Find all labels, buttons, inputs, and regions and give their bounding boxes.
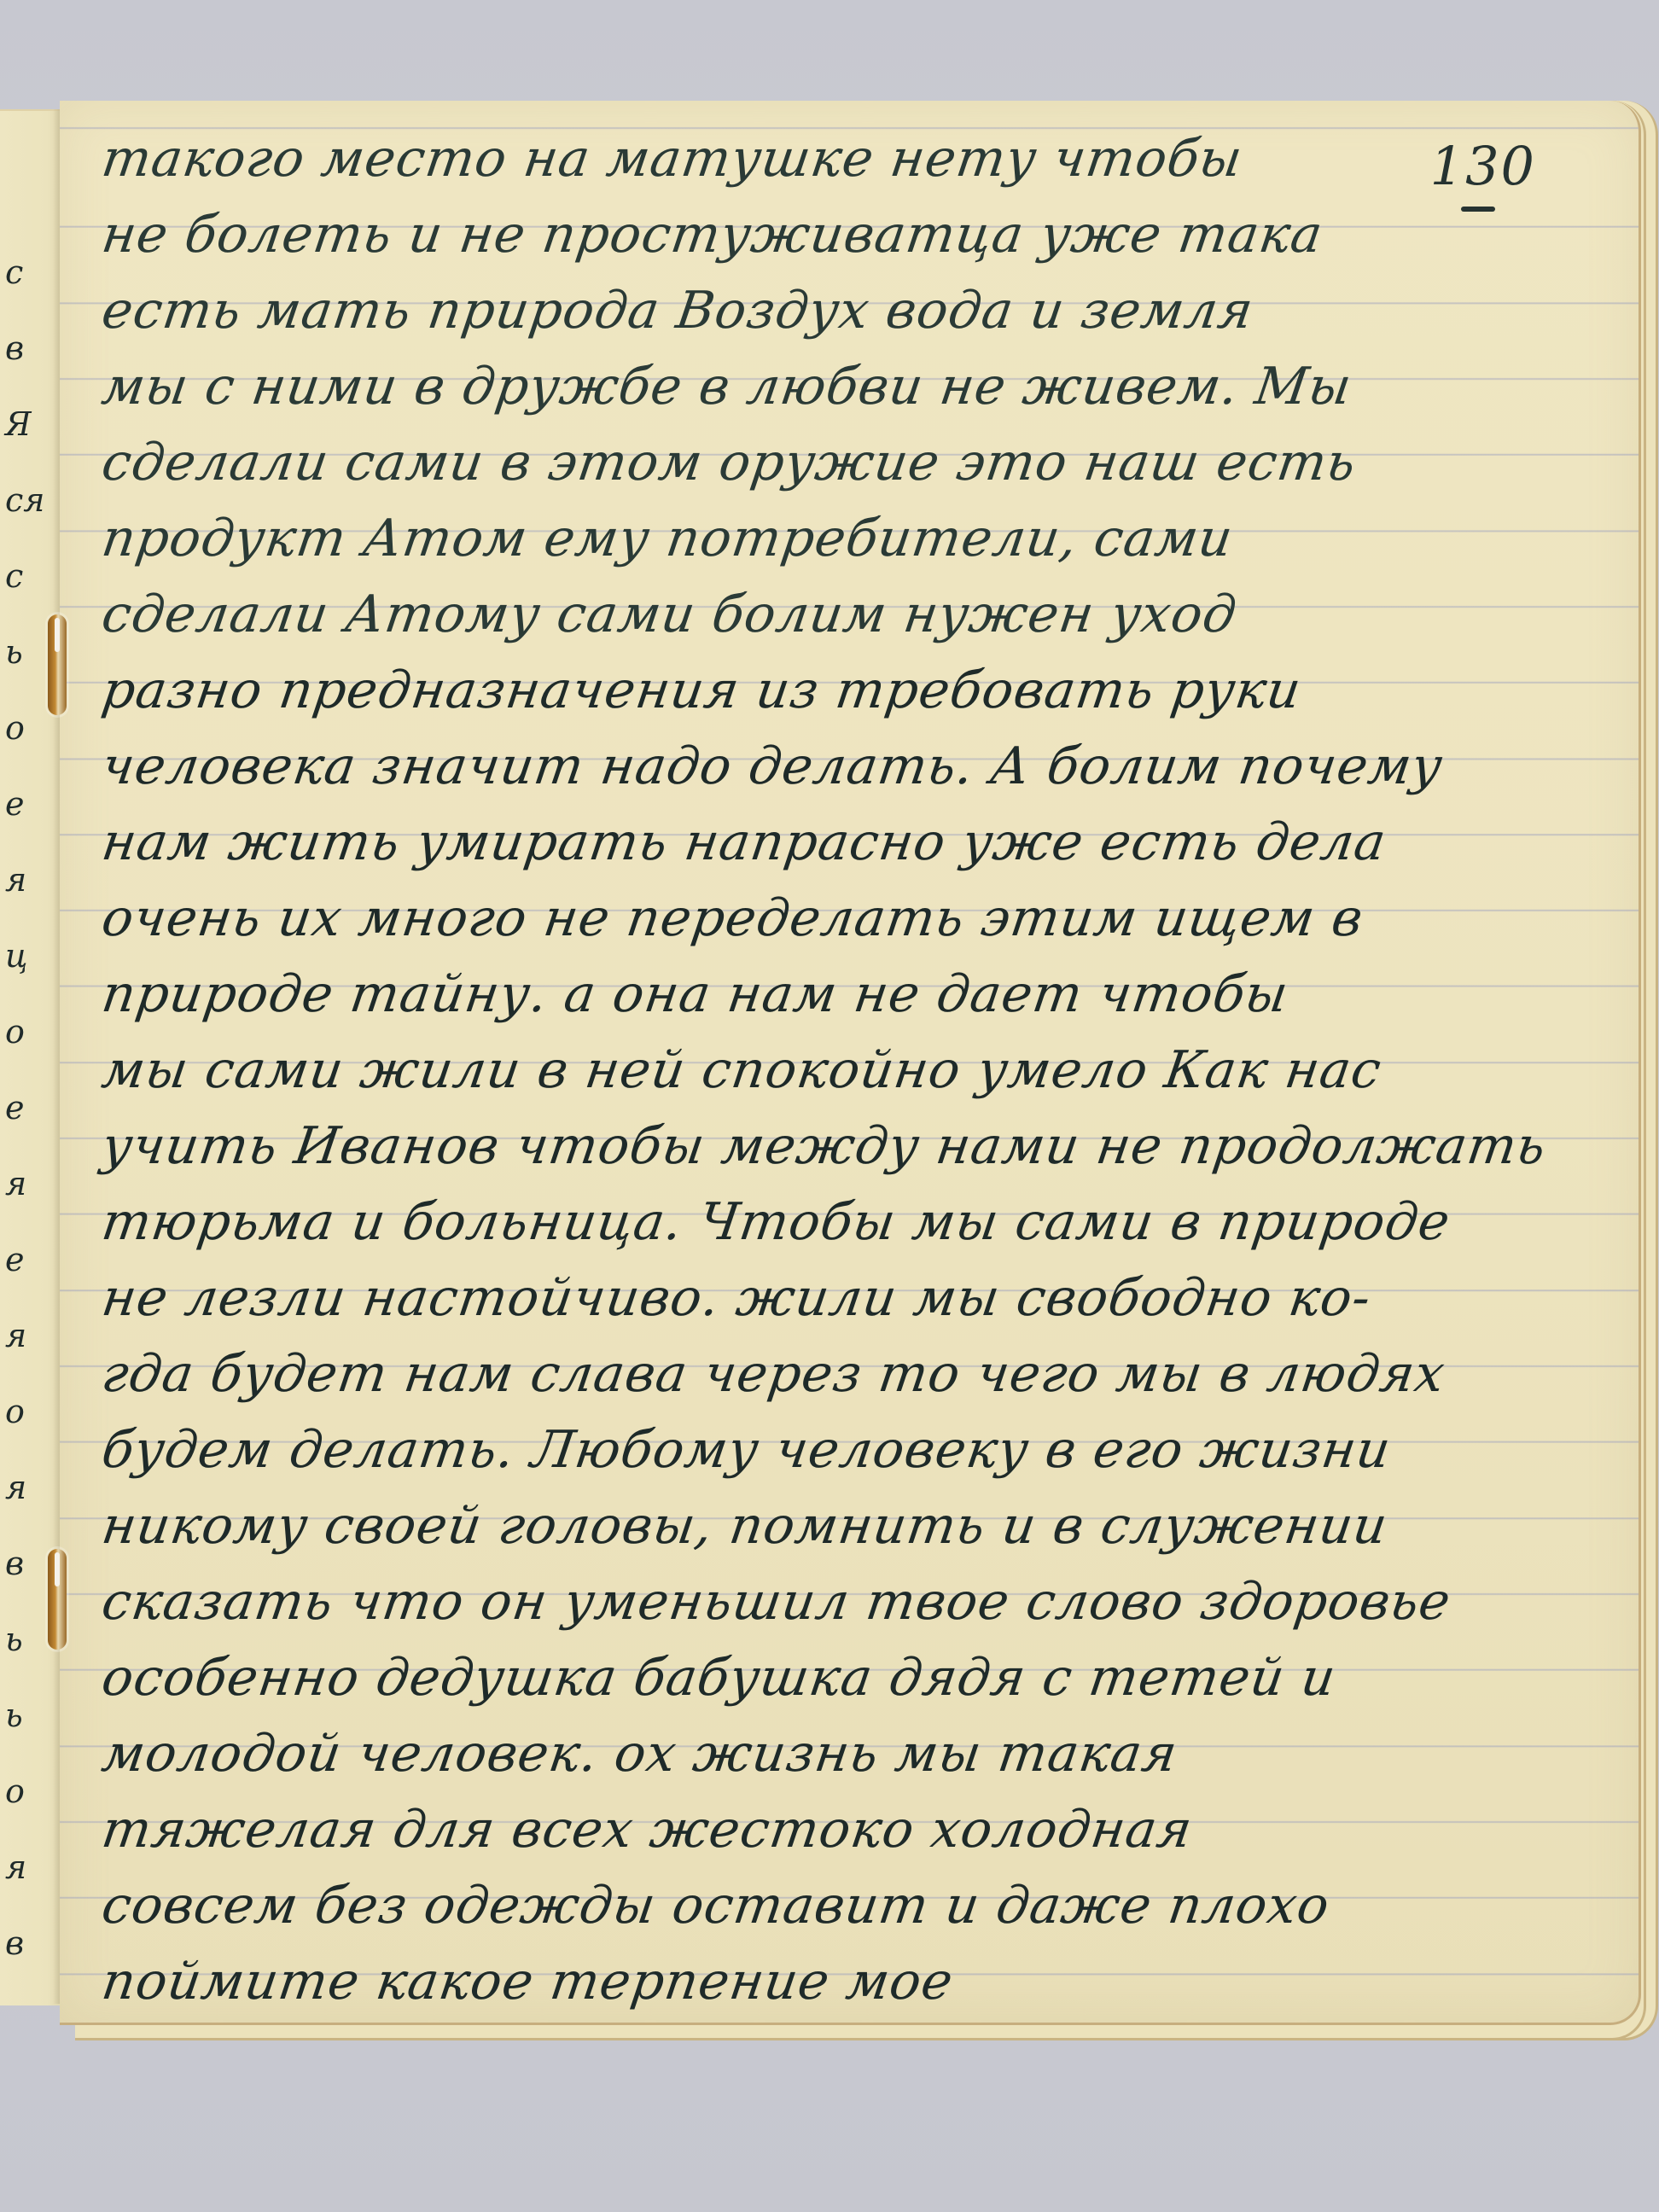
facing-page-glyph: я [5, 1167, 26, 1200]
text-line: гда будет нам слава через то чего мы в л… [97, 1336, 1508, 1412]
text-line: разно предназначения из требовать руки [97, 653, 1508, 729]
text-line: такого место на матушке нету чтобы [97, 121, 1508, 197]
text-line: учить Иванов чтобы между нами не продолж… [97, 1109, 1508, 1185]
facing-page-glyph: в [5, 1547, 24, 1580]
facing-page-glyph: ц [5, 940, 28, 972]
text-line: никому своей головы, помнить и в служени… [97, 1488, 1508, 1564]
facing-page-glyph: ь [5, 636, 23, 668]
facing-page-glyph: в [5, 332, 24, 364]
facing-page-edge: свЯсясьоеяцоеяеяоявььояв [0, 109, 60, 2005]
text-line: тюрьма и больница. Чтобы мы сами в приро… [97, 1185, 1508, 1260]
notebook-page: 130 такого место на матушке нету чтобы н… [60, 101, 1641, 2025]
text-line: совсем без одежды оставит и даже плохо [97, 1868, 1508, 1944]
facing-page-glyph: о [5, 1395, 25, 1428]
staple-icon [48, 614, 67, 715]
text-line: не болеть и не простуживатца уже така [97, 197, 1508, 273]
facing-page-glyph: е [5, 1091, 25, 1124]
staple-icon [48, 1549, 67, 1650]
facing-page-glyph: с [5, 560, 23, 592]
facing-page-glyph: о [5, 1016, 25, 1048]
text-line: нам жить умирать напрасно уже есть дела [97, 805, 1508, 881]
facing-page-glyph: ь [5, 1623, 23, 1656]
facing-page-glyph: е [5, 788, 25, 820]
text-line: есть мать природа Воздух вода и земля [97, 273, 1508, 349]
text-line: особенно дедушка бабушка дядя с тетей и [97, 1640, 1508, 1716]
facing-page-glyph: с [5, 256, 23, 288]
text-line: очень их много не переделать этим ищем в [97, 881, 1508, 957]
text-line: мы с ними в дружбе в любви не живем. Мы [97, 349, 1508, 425]
facing-page-glyph: я [5, 1319, 26, 1352]
text-line: молодой человек. ох жизнь мы такая [97, 1716, 1508, 1792]
facing-page-glyph: Я [5, 408, 32, 440]
facing-page-glyph: ь [5, 1699, 23, 1732]
text-line: не лезли настойчиво. жили мы свободно ко… [97, 1260, 1508, 1336]
text-line: поймите какое терпение мое [97, 1944, 1508, 2020]
facing-page-glyph: я [5, 1471, 26, 1504]
text-line: мы сами жили в ней спокойно умело Как на… [97, 1033, 1508, 1109]
facing-page-glyph: о [5, 712, 25, 744]
facing-page-glyph: я [5, 864, 26, 896]
text-line: природе тайну. а она нам не дает чтобы [97, 957, 1508, 1033]
text-line: продукт Атом ему потребители, сами [97, 501, 1508, 577]
text-line: сделали Атому сами болим нужен уход [97, 577, 1508, 653]
facing-page-glyph: ся [5, 484, 44, 516]
handwritten-text: такого место на матушке нету чтобы не бо… [102, 121, 1502, 2020]
text-line: сделали сами в этом оружие это наш есть [97, 425, 1508, 501]
text-line: тяжелая для всех жестоко холодная [97, 1792, 1508, 1868]
facing-page-glyph: я [5, 1851, 26, 1883]
facing-page-glyph: о [5, 1775, 25, 1807]
text-line: будем делать. Любому человеку в его жизн… [97, 1412, 1508, 1488]
text-line: человека значит надо делать. А болим поч… [97, 729, 1508, 805]
text-line: сказать что он уменьшил твое слово здоро… [97, 1564, 1508, 1640]
facing-page-glyph: в [5, 1927, 24, 1959]
facing-page-glyph: е [5, 1243, 25, 1276]
